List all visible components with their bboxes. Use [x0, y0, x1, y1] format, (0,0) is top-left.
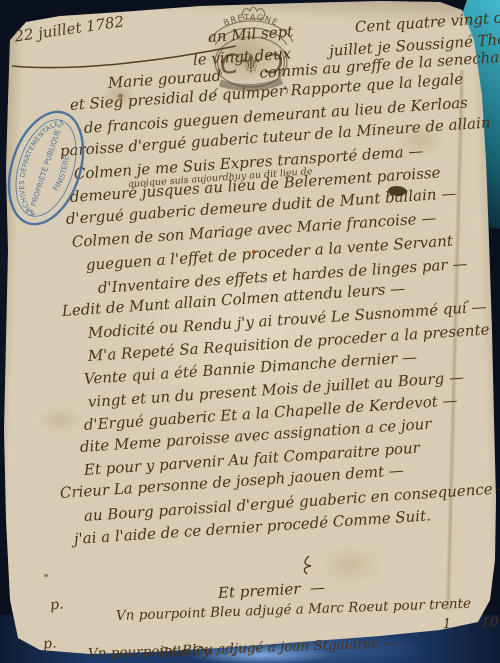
- stain-spot: [44, 574, 48, 577]
- manuscript-text: an Mil sept Cent quatre vingt deux le vi…: [58, 26, 488, 663]
- svg-text:FINISTÈRE: FINISTÈRE: [50, 153, 73, 194]
- margin-mark: p.: [42, 635, 57, 652]
- photo-background: 22 juillet 1782 BRETAGNE C⚜Ɔ ARCHIVES: [0, 0, 500, 663]
- underline-flourish: [8, 42, 243, 70]
- stain-spot: [118, 94, 123, 98]
- stain-spot: [466, 300, 469, 303]
- stain-spot: [252, 250, 256, 254]
- margin-mark: p.: [49, 596, 64, 613]
- separator-flourish: [295, 554, 321, 576]
- archive-stamp-arc-bottom-text: FINISTÈRE: [50, 153, 73, 194]
